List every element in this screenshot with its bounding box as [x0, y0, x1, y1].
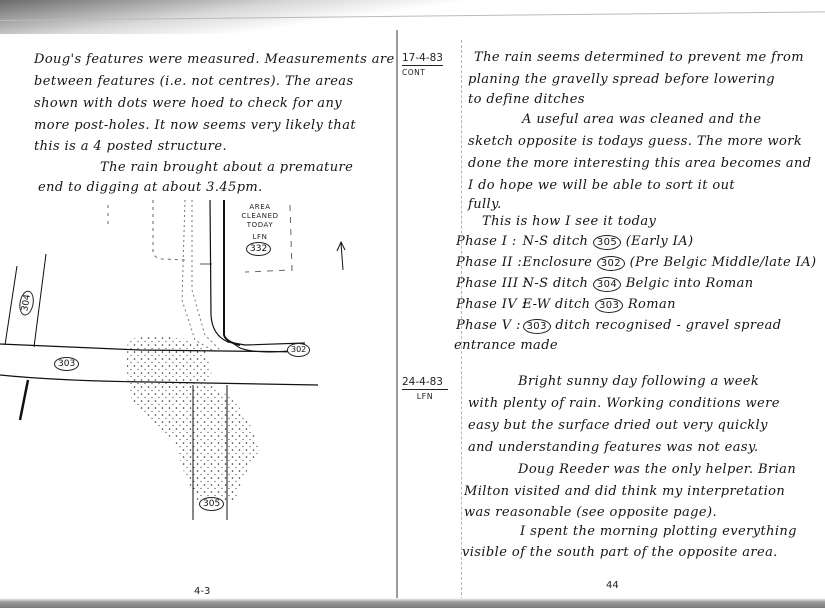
entry2-line: visible of the south part of the opposit… — [462, 543, 778, 564]
feature-label-332: 332 — [246, 242, 271, 256]
feature-badge: 303 — [595, 298, 623, 313]
entry1-line: done the more interesting this area beco… — [468, 154, 812, 175]
phase-row: Phase II : Enclosure 302 (Pre Belgic Mid… — [456, 253, 816, 274]
phase-row: Phase V : 303 ditch recognised - gravel … — [456, 316, 781, 337]
left-page: Doug's features were measured. Measureme… — [0, 0, 396, 608]
entry2-line: was reasonable (see opposite page). — [464, 503, 717, 524]
entry2-line: easy but the surface dried out very quic… — [468, 416, 768, 437]
left-text-line: more post-holes. It now seems very likel… — [34, 116, 356, 137]
entry1-line: A useful area was cleaned and the — [522, 110, 761, 131]
entry2-line: Bright sunny day following a week — [518, 372, 759, 393]
entry2-line: Doug Reeder was the only helper. Brian — [518, 460, 796, 481]
left-text-line: The rain brought about a premature — [100, 158, 353, 179]
entry-date-1: 17-4-83 CONT — [402, 52, 443, 77]
feature-badge: 304 — [593, 277, 621, 292]
site-sketch — [0, 190, 396, 520]
page-number-left: 4-3 — [194, 586, 210, 597]
entry1-line: The rain seems determined to prevent me … — [474, 48, 804, 69]
entry2-line: I spent the morning plotting everything — [520, 522, 797, 543]
entry1-line: sketch opposite is todays guess. The mor… — [468, 132, 802, 153]
entry1-line: to define ditches — [468, 90, 585, 111]
scan-shadow-bottom — [0, 598, 825, 608]
feature-label-303: 303 — [54, 357, 79, 371]
left-text-line: Doug's features were measured. Measureme… — [34, 50, 395, 71]
phase-row: Phase I : N-S ditch 305 (Early IA) — [456, 232, 693, 253]
phase-row: Phase III : N-S ditch 304 Belgic into Ro… — [456, 274, 754, 295]
feature-badge: 302 — [597, 256, 625, 271]
entry2-line: with plenty of rain. Working conditions … — [468, 394, 780, 415]
left-text-line: between features (i.e. not centres). The… — [34, 72, 354, 93]
north-arrow-icon — [337, 242, 345, 270]
entry1-line: entrance made — [454, 336, 558, 357]
entry1-line: This is how I see it today — [482, 212, 656, 233]
entry2-line: and understanding features was not easy. — [468, 438, 759, 459]
feature-label-305: 305 — [199, 497, 224, 511]
page-number-right: 44 — [606, 580, 619, 591]
area-cleaned-label: AREA CLEANED TODAY — [235, 203, 285, 230]
left-text-line: shown with dots were hoed to check for a… — [34, 94, 342, 115]
feature-badge: 303 — [523, 319, 551, 334]
entry2-line: Milton visited and did think my interpre… — [464, 482, 785, 503]
phase-row: Phase IV : E-W ditch 303 Roman — [456, 295, 676, 316]
feature-badge: 305 — [593, 235, 621, 250]
entry-date-2: 24-4-83 LFN — [402, 376, 448, 401]
entry1-line: I do hope we will be able to sort it out — [468, 176, 735, 197]
area-initials: LFN — [248, 233, 272, 242]
left-text-line: this is a 4 posted structure. — [34, 137, 227, 158]
entry1-line: planing the gravelly spread before lower… — [468, 70, 775, 91]
right-page: 17-4-83 CONT The rain seems determined t… — [398, 0, 825, 608]
